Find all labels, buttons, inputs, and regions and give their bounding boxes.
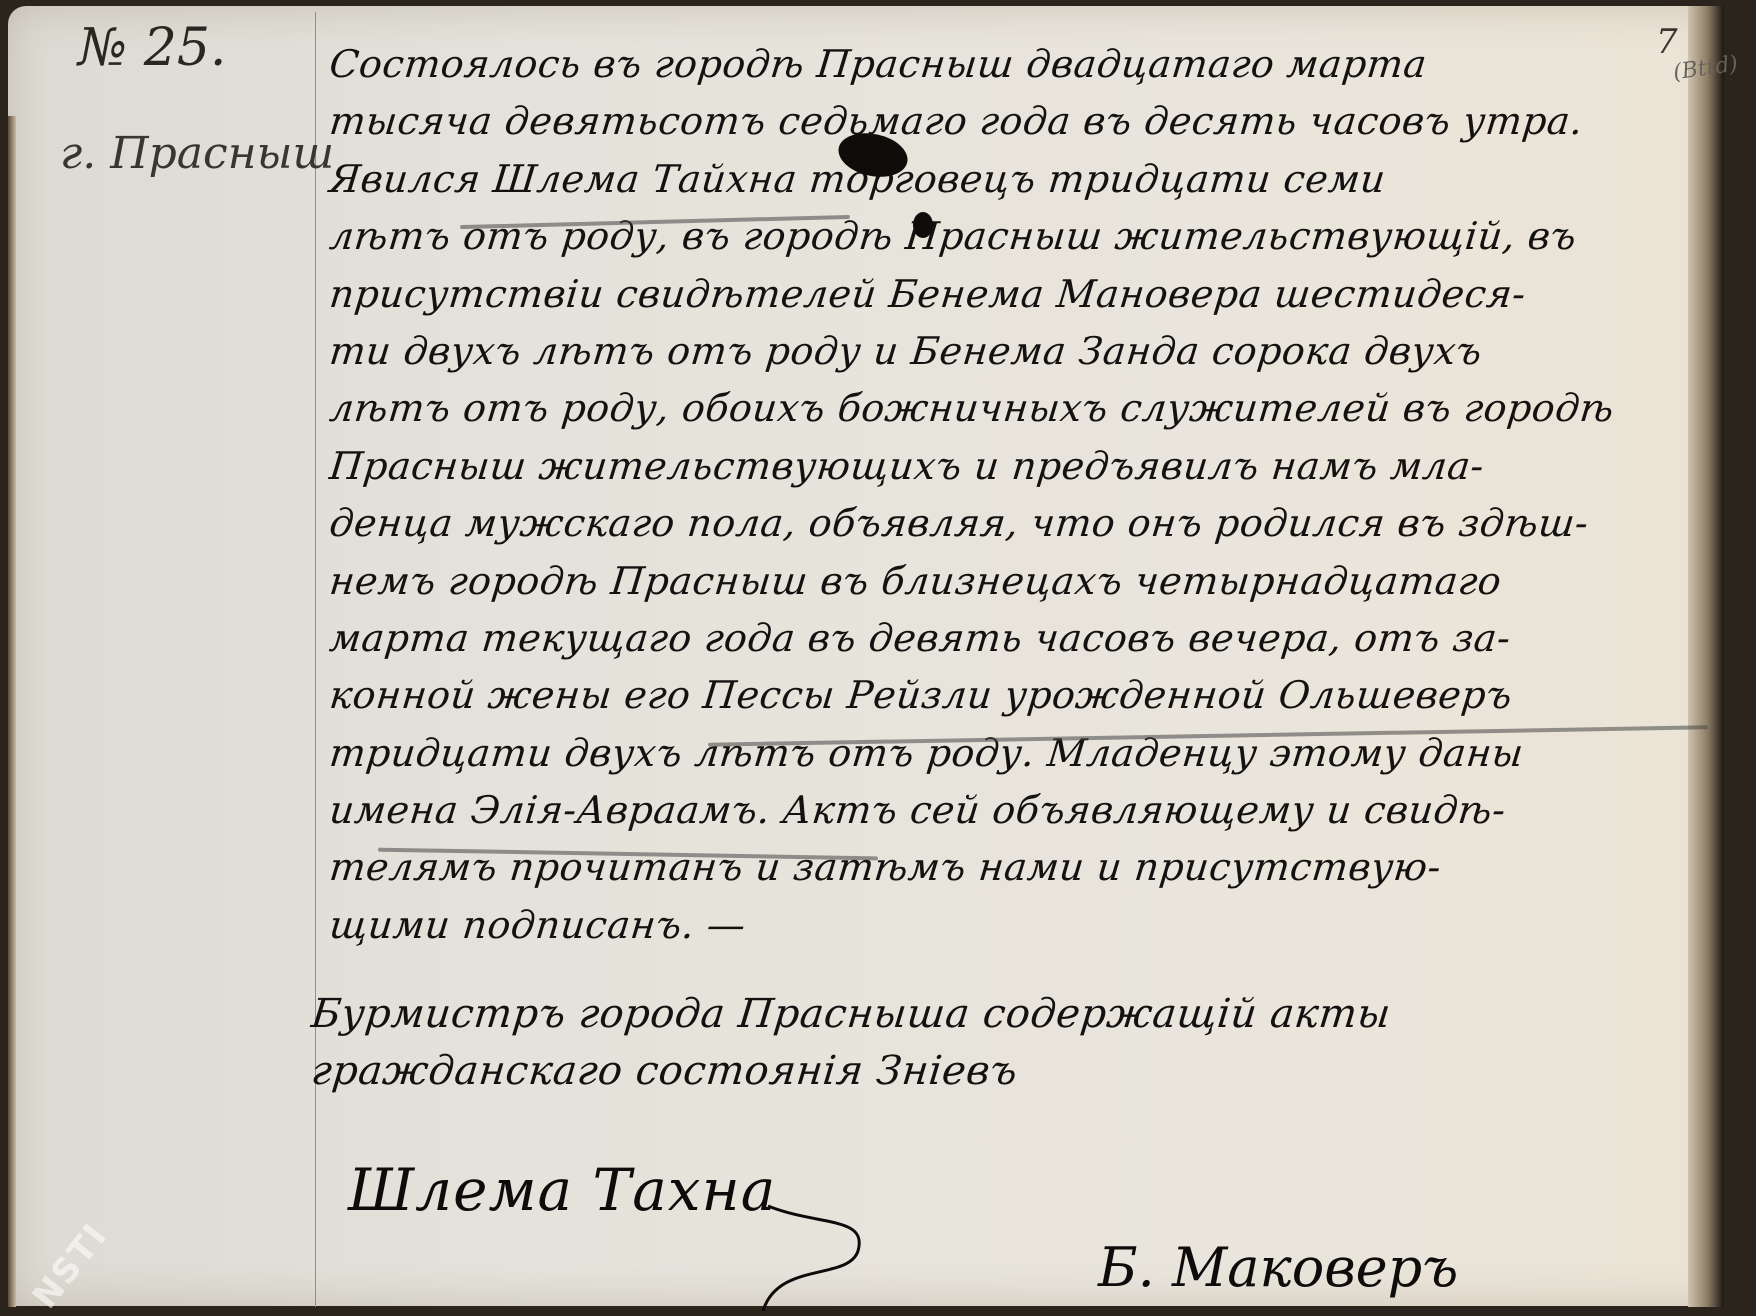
act-number: № 25. <box>78 18 226 78</box>
record-line: лѣтъ отъ роду, обоихъ божничныхъ служите… <box>326 386 1732 443</box>
record-line: марта текущаго года въ девять часовъ веч… <box>326 616 1732 673</box>
closing-line: Бурмистръ города Прасныша содержащій акт… <box>308 991 1714 1048</box>
record-line: немъ городѣ Прасныш въ близнецахъ четырн… <box>326 559 1732 616</box>
archive-watermark: NSTI <box>25 1216 116 1301</box>
margin-place-name: г. Прасныш <box>60 128 334 179</box>
closing-statement: Бурмистръ города Прасныша содержащій акт… <box>308 991 1708 1106</box>
record-line: денца мужскаго пола, объявляя, что онъ р… <box>326 501 1732 558</box>
signature-witness: Б. Маковеръ <box>1098 1236 1458 1299</box>
record-body: Состоялось въ городѣ Прасныш двадцатаго … <box>326 42 1726 960</box>
closing-line: гражданскаго состоянія Зніевъ <box>308 1048 1714 1105</box>
record-line: конной жены его Пессы Рейзли урожденной … <box>326 673 1732 730</box>
record-line: щими подписанъ. — <box>326 903 1732 960</box>
record-line: Состоялось въ городѣ Прасныш двадцатаго … <box>326 42 1732 99</box>
signature-declarant: Шлема Тахна <box>348 1156 776 1224</box>
signature-flourish <box>758 1201 1088 1301</box>
record-line: Явился Шлема Тайхна торговецъ тридцати с… <box>326 157 1732 214</box>
record-line: тысяча девятьсотъ седьмаго года въ десят… <box>326 99 1732 156</box>
record-line: присутствіи свидѣтелей Бенема Мановера ш… <box>326 272 1732 329</box>
record-line: ти двухъ лѣтъ отъ роду и Бенема Занда со… <box>326 329 1732 386</box>
ink-blot <box>913 212 933 238</box>
record-line: Прасныш жительствующихъ и предъявилъ нам… <box>326 444 1732 501</box>
document-page: № 25. г. Прасныш 7 (Bttd) Состоялось въ … <box>8 6 1724 1301</box>
record-line: имена Элія-Авраамъ. Актъ сей объявляющем… <box>326 788 1732 845</box>
page-edge-left <box>8 116 16 1301</box>
margin-rule-line <box>315 12 316 1301</box>
